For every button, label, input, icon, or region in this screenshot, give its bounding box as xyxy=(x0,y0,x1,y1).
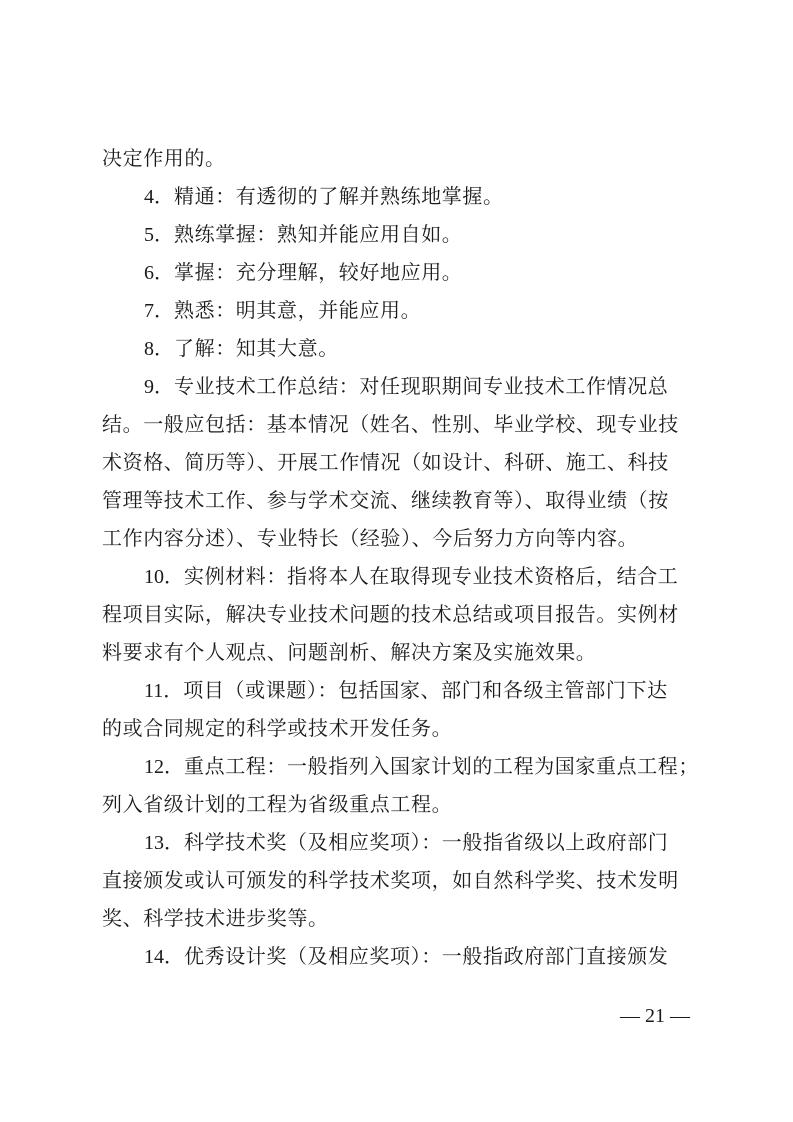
text-line: 决定作用的。 xyxy=(102,143,702,173)
line-text: 工作内容分述）、专业特长（经验）、今后努力方向等内容。 xyxy=(102,526,638,550)
line-text: 专业技术工作总结：对任现职期间专业技术工作情况总 xyxy=(174,374,668,398)
list-item-14: 14．优秀设计奖（及相应奖项）：一般指政府部门直接颁发 xyxy=(144,941,744,971)
line-text: 料要求有个人观点、问题剖析、解决方案及实施效果。 xyxy=(102,640,596,664)
list-item-13: 13．科学技术奖（及相应奖项）：一般指省级以上政府部门 xyxy=(144,827,744,857)
line-text: 精通：有透彻的了解并熟练地掌握。 xyxy=(174,184,504,208)
text-line: 的或合同规定的科学或技术开发任务。 xyxy=(102,713,702,743)
item-number: 13． xyxy=(144,832,184,854)
item-number: 7． xyxy=(144,300,174,322)
line-text: 优秀设计奖（及相应奖项）：一般指政府部门直接颁发 xyxy=(184,944,668,968)
line-text: 项目（或课题）：包括国家、部门和各级主管部门下达 xyxy=(183,678,667,702)
item-number: 11． xyxy=(144,680,183,702)
text-line: 列入省级计划的工程为省级重点工程。 xyxy=(102,789,702,819)
item-number: 14． xyxy=(144,946,184,968)
line-text: 管理等技术工作、参与学术交流、继续教育等）、取得业绩（按 xyxy=(102,488,669,512)
line-text: 直接颁发或认可颁发的科学技术奖项，如自然科学奖、技术发明 xyxy=(102,868,679,892)
text-line: 程项目实际，解决专业技术问题的技术总结或项目报告。实例材 xyxy=(102,599,702,629)
line-text: 重点工程：一般指列入国家计划的工程为国家重点工程； xyxy=(184,754,699,778)
list-item-4: 4．精通：有透彻的了解并熟练地掌握。 xyxy=(144,181,744,211)
line-text: 熟练掌握：熟知并能应用自如。 xyxy=(174,222,462,246)
page-number: — 21 — xyxy=(620,1005,690,1028)
item-number: 4． xyxy=(144,186,174,208)
text-line: 直接颁发或认可颁发的科学技术奖项，如自然科学奖、技术发明 xyxy=(102,865,702,895)
item-number: 8． xyxy=(144,338,174,360)
line-text: 结。一般应包括：基本情况（姓名、性别、毕业学校、现专业技 xyxy=(102,412,679,436)
line-text: 程项目实际，解决专业技术问题的技术总结或项目报告。实例材 xyxy=(102,602,679,626)
list-item-7: 7．熟悉：明其意，并能应用。 xyxy=(144,295,744,325)
text-line: 结。一般应包括：基本情况（姓名、性别、毕业学校、现专业技 xyxy=(102,409,702,439)
item-number: 6． xyxy=(144,262,174,284)
list-item-5: 5．熟练掌握：熟知并能应用自如。 xyxy=(144,219,744,249)
text-line: 术资格、简历等）、开展工作情况（如设计、科研、施工、科技 xyxy=(102,447,702,477)
line-text: 术资格、简历等）、开展工作情况（如设计、科研、施工、科技 xyxy=(102,450,669,474)
list-item-8: 8．了解：知其大意。 xyxy=(144,333,744,363)
text-line: 管理等技术工作、参与学术交流、继续教育等）、取得业绩（按 xyxy=(102,485,702,515)
line-text: 列入省级计划的工程为省级重点工程。 xyxy=(102,792,452,816)
list-item-11: 11．项目（或课题）：包括国家、部门和各级主管部门下达 xyxy=(144,675,744,705)
line-text: 实例材料：指将本人在取得现专业技术资格后，结合工 xyxy=(184,564,678,588)
list-item-9: 9．专业技术工作总结：对任现职期间专业技术工作情况总 xyxy=(144,371,744,401)
line-text: 奖、科学技术进步奖等。 xyxy=(102,906,329,930)
line-text: 的或合同规定的科学或技术开发任务。 xyxy=(102,716,452,740)
line-text: 了解：知其大意。 xyxy=(174,336,339,360)
line-text: 科学技术奖（及相应奖项）：一般指省级以上政府部门 xyxy=(184,830,668,854)
item-number: 9． xyxy=(144,376,174,398)
text-line: 料要求有个人观点、问题剖析、解决方案及实施效果。 xyxy=(102,637,702,667)
list-item-6: 6．掌握：充分理解，较好地应用。 xyxy=(144,257,744,287)
item-number: 5． xyxy=(144,224,174,246)
item-number: 12． xyxy=(144,756,184,778)
list-item-10: 10．实例材料：指将本人在取得现专业技术资格后，结合工 xyxy=(144,561,744,591)
document-page: 决定作用的。 4．精通：有透彻的了解并熟练地掌握。 5．熟练掌握：熟知并能应用自… xyxy=(0,0,793,1122)
line-text: 决定作用的。 xyxy=(102,146,226,170)
list-item-12: 12．重点工程：一般指列入国家计划的工程为国家重点工程； xyxy=(144,751,744,781)
text-line: 工作内容分述）、专业特长（经验）、今后努力方向等内容。 xyxy=(102,523,702,553)
line-text: 熟悉：明其意，并能应用。 xyxy=(174,298,421,322)
item-number: 10． xyxy=(144,566,184,588)
line-text: 掌握：充分理解，较好地应用。 xyxy=(174,260,462,284)
text-line: 奖、科学技术进步奖等。 xyxy=(102,903,702,933)
